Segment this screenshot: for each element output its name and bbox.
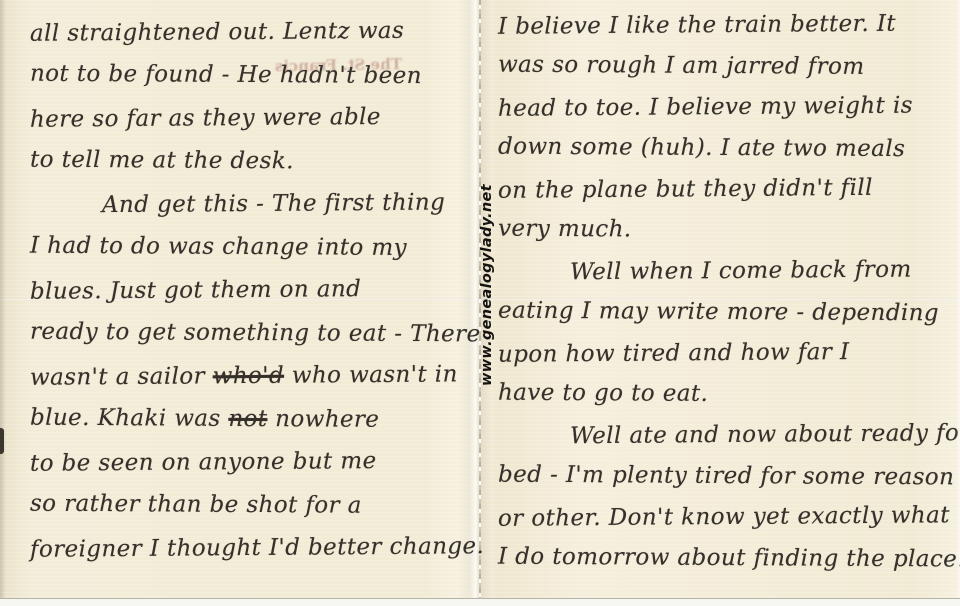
handwritten-text: I had to do was change into my <box>30 233 407 261</box>
handwritten-line: was so rough I am jarred from <box>498 46 958 90</box>
handwritten-text: Well ate and now about ready for <box>570 420 960 449</box>
watermark-text: www.genealogylady.net <box>479 206 499 386</box>
handwritten-line: head to toe. I believe my weight is <box>498 86 958 131</box>
handwritten-line: eating I may write more - depending <box>498 292 958 336</box>
handwritten-line: blues. Just got them on and <box>30 268 476 315</box>
handwritten-text: eating I may write more - depending <box>498 298 939 327</box>
handwritten-line: I had to do was change into my <box>30 226 476 272</box>
handwritten-text: have to go to eat. <box>498 380 708 407</box>
scan-edge-right <box>956 0 960 606</box>
handwritten-line: so rather than be shot for a <box>30 484 476 530</box>
handwritten-text: upon how tired and how far I <box>498 339 850 368</box>
handwritten-line: to tell me at the desk. <box>30 140 476 186</box>
handwritten-text: head to toe. I believe my weight is <box>498 93 913 122</box>
handwritten-line: upon how tired and how far I <box>498 332 958 377</box>
handwritten-text: very much. <box>498 216 632 243</box>
handwritten-text: was so rough I am jarred from <box>498 52 865 80</box>
struck-word: who'd <box>213 363 285 390</box>
handwritten-text: to tell me at the desk. <box>30 147 294 175</box>
handwritten-text: so rather than be shot for a <box>30 491 362 519</box>
scan-edge-bottom <box>0 598 960 606</box>
handwritten-line: on the plane but they didn't fill <box>498 168 958 213</box>
handwritten-text: I do tomorrow about finding the place. I <box>498 544 960 573</box>
handwritten-line: very much. <box>498 210 958 254</box>
letter-page-left: all straightened out. Lentz wasnot to be… <box>30 12 476 571</box>
handwritten-text: blues. Just got them on and <box>30 276 361 305</box>
handwritten-line: Well when I come back from <box>498 250 958 295</box>
handwritten-line: ready to get something to eat - There <box>30 312 476 358</box>
handwritten-line: to be seen on anyone but me <box>30 440 476 487</box>
struck-word: not <box>228 406 267 432</box>
handwritten-line: wasn't a sailor who'd who wasn't in <box>30 354 476 401</box>
handwritten-line: And get this - The first thing <box>30 182 476 229</box>
handwritten-line: have to go to eat. <box>498 374 958 418</box>
scan-edge-left <box>0 0 6 606</box>
letter-page-right: I believe I like the train better. Itwas… <box>498 6 958 580</box>
handwritten-text: who wasn't in <box>284 361 458 388</box>
handwritten-text: blue. Khaki was <box>30 405 229 432</box>
handwritten-text: bed - I'm plenty tired for some reason <box>498 462 954 491</box>
handwritten-line: down some (huh). I ate two meals <box>498 128 958 172</box>
handwritten-line: here so far as they were able <box>30 96 476 143</box>
scan-edge-notch <box>0 428 4 454</box>
handwritten-line: or other. Don't know yet exactly what <box>498 496 958 541</box>
handwritten-text: all straightened out. Lentz was <box>30 18 404 47</box>
handwritten-text: Well when I come back from <box>570 257 912 286</box>
handwritten-text: to be seen on anyone but me <box>30 448 377 477</box>
handwritten-text: down some (huh). I ate two meals <box>498 134 905 162</box>
handwritten-line: I do tomorrow about finding the place. I <box>498 538 958 582</box>
handwritten-line: blue. Khaki was not nowhere <box>30 398 476 444</box>
handwritten-line: Well ate and now about ready for <box>498 414 958 459</box>
handwritten-text: here so far as they were able <box>30 104 381 133</box>
handwritten-line: foreigner I thought I'd better change. <box>30 526 476 573</box>
handwritten-text: foreigner I thought I'd better change. <box>30 533 484 563</box>
handwritten-text: And get this - The first thing <box>102 189 445 218</box>
handwritten-letter-scan: The St. Francis all straightened out. Le… <box>0 0 960 606</box>
handwritten-line: I believe I like the train better. It <box>498 4 958 49</box>
handwritten-line: bed - I'm plenty tired for some reason <box>498 456 958 500</box>
handwritten-text: or other. Don't know yet exactly what <box>498 502 950 532</box>
handwritten-text: nowhere <box>267 406 379 433</box>
handwritten-text: I believe I like the train better. It <box>498 11 896 40</box>
handwritten-line: all straightened out. Lentz was <box>30 10 476 57</box>
handwritten-text: wasn't a sailor <box>30 363 213 390</box>
handwritten-text: ready to get something to eat - There <box>30 319 481 348</box>
handwritten-text: not to be found - He hadn't been <box>30 61 422 89</box>
handwritten-line: not to be found - He hadn't been <box>30 54 476 100</box>
handwritten-text: on the plane but they didn't fill <box>498 175 873 204</box>
